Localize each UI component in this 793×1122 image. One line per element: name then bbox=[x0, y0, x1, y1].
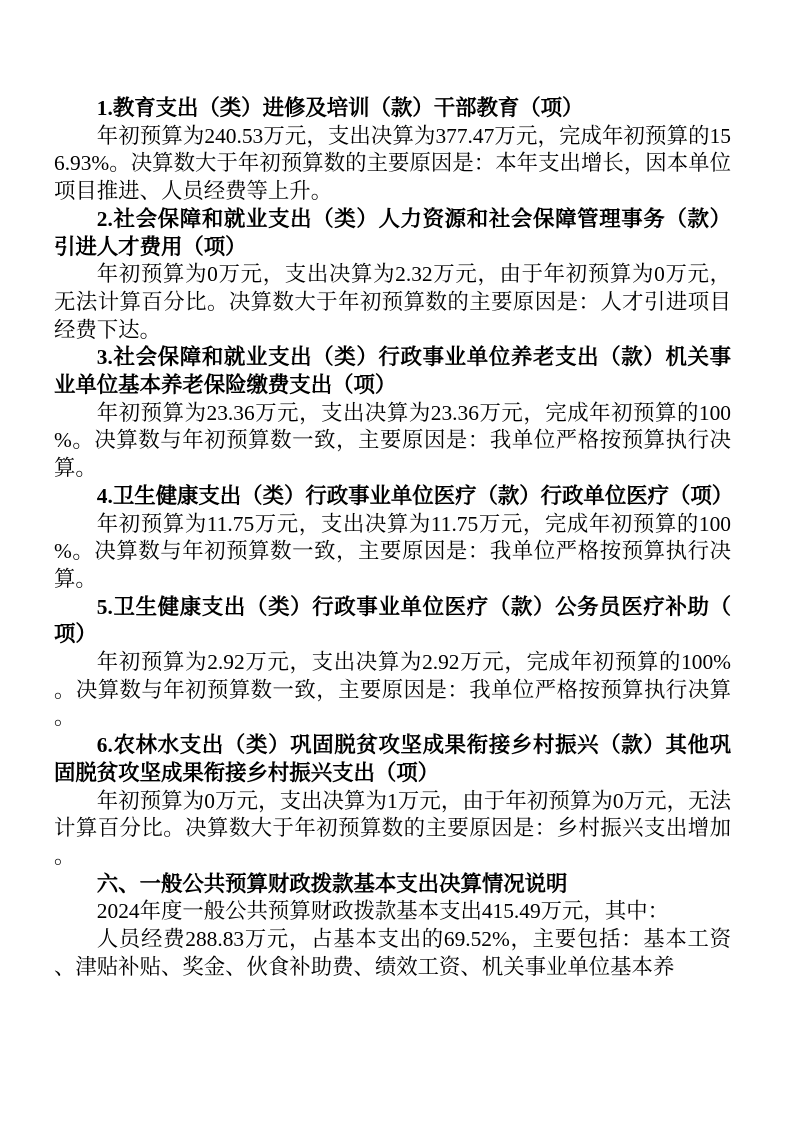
budget-item-section-1: 1.教育支出（类）进修及培训（款）干部教育（项） 年初预算为240.53万元，支… bbox=[54, 95, 731, 206]
budget-item-section-5: 5.卫生健康支出（类）行政事业单位医疗（款）公务员医疗补助（项） 年初预算为2.… bbox=[54, 594, 731, 733]
section-heading: 2.社会保障和就业支出（类）人力资源和社会保障管理事务（款）引进人才费用（项） bbox=[54, 206, 731, 261]
section-heading: 1.教育支出（类）进修及培训（款）干部教育（项） bbox=[54, 95, 731, 123]
summary-paragraph: 2024年度一般公共预算财政拨款基本支出415.49万元，其中： bbox=[54, 898, 731, 926]
summary-heading: 六、一般公共预算财政拨款基本支出决算情况说明 bbox=[54, 871, 731, 899]
section-paragraph: 年初预算为11.75万元，支出决算为11.75万元，完成年初预算的100%。决算… bbox=[54, 511, 731, 594]
section-paragraph: 年初预算为2.92万元，支出决算为2.92万元，完成年初预算的100%。决算数与… bbox=[54, 649, 731, 732]
section-paragraph: 年初预算为0万元，支出决算为1万元，由于年初预算为0万元，无法计算百分比。决算数… bbox=[54, 788, 731, 871]
section-heading: 3.社会保障和就业支出（类）行政事业单位养老支出（款）机关事业单位基本养老保险缴… bbox=[54, 344, 731, 399]
section-heading: 6.农林水支出（类）巩固脱贫攻坚成果衔接乡村振兴（款）其他巩固脱贫攻坚成果衔接乡… bbox=[54, 732, 731, 787]
section-paragraph: 年初预算为0万元，支出决算为2.32万元，由于年初预算为0万元，无法计算百分比。… bbox=[54, 261, 731, 344]
budget-item-section-6: 6.农林水支出（类）巩固脱贫攻坚成果衔接乡村振兴（款）其他巩固脱贫攻坚成果衔接乡… bbox=[54, 732, 731, 871]
budget-item-section-2: 2.社会保障和就业支出（类）人力资源和社会保障管理事务（款）引进人才费用（项） … bbox=[54, 206, 731, 345]
document-page: 1.教育支出（类）进修及培训（款）干部教育（项） 年初预算为240.53万元，支… bbox=[0, 0, 793, 1122]
section-paragraph: 年初预算为23.36万元，支出决算为23.36万元，完成年初预算的100%。决算… bbox=[54, 400, 731, 483]
budget-item-section-3: 3.社会保障和就业支出（类）行政事业单位养老支出（款）机关事业单位基本养老保险缴… bbox=[54, 344, 731, 483]
section-heading: 5.卫生健康支出（类）行政事业单位医疗（款）公务员医疗补助（项） bbox=[54, 594, 731, 649]
budget-item-section-4: 4.卫生健康支出（类）行政事业单位医疗（款）行政单位医疗（项） 年初预算为11.… bbox=[54, 483, 731, 594]
section-heading: 4.卫生健康支出（类）行政事业单位医疗（款）行政单位医疗（项） bbox=[54, 483, 731, 511]
summary-paragraph: 人员经费288.83万元，占基本支出的69.52%，主要包括：基本工资、津贴补贴… bbox=[54, 926, 731, 981]
basic-expenditure-summary-section: 六、一般公共预算财政拨款基本支出决算情况说明 2024年度一般公共预算财政拨款基… bbox=[54, 871, 731, 982]
section-paragraph: 年初预算为240.53万元，支出决算为377.47万元，完成年初预算的156.9… bbox=[54, 123, 731, 206]
